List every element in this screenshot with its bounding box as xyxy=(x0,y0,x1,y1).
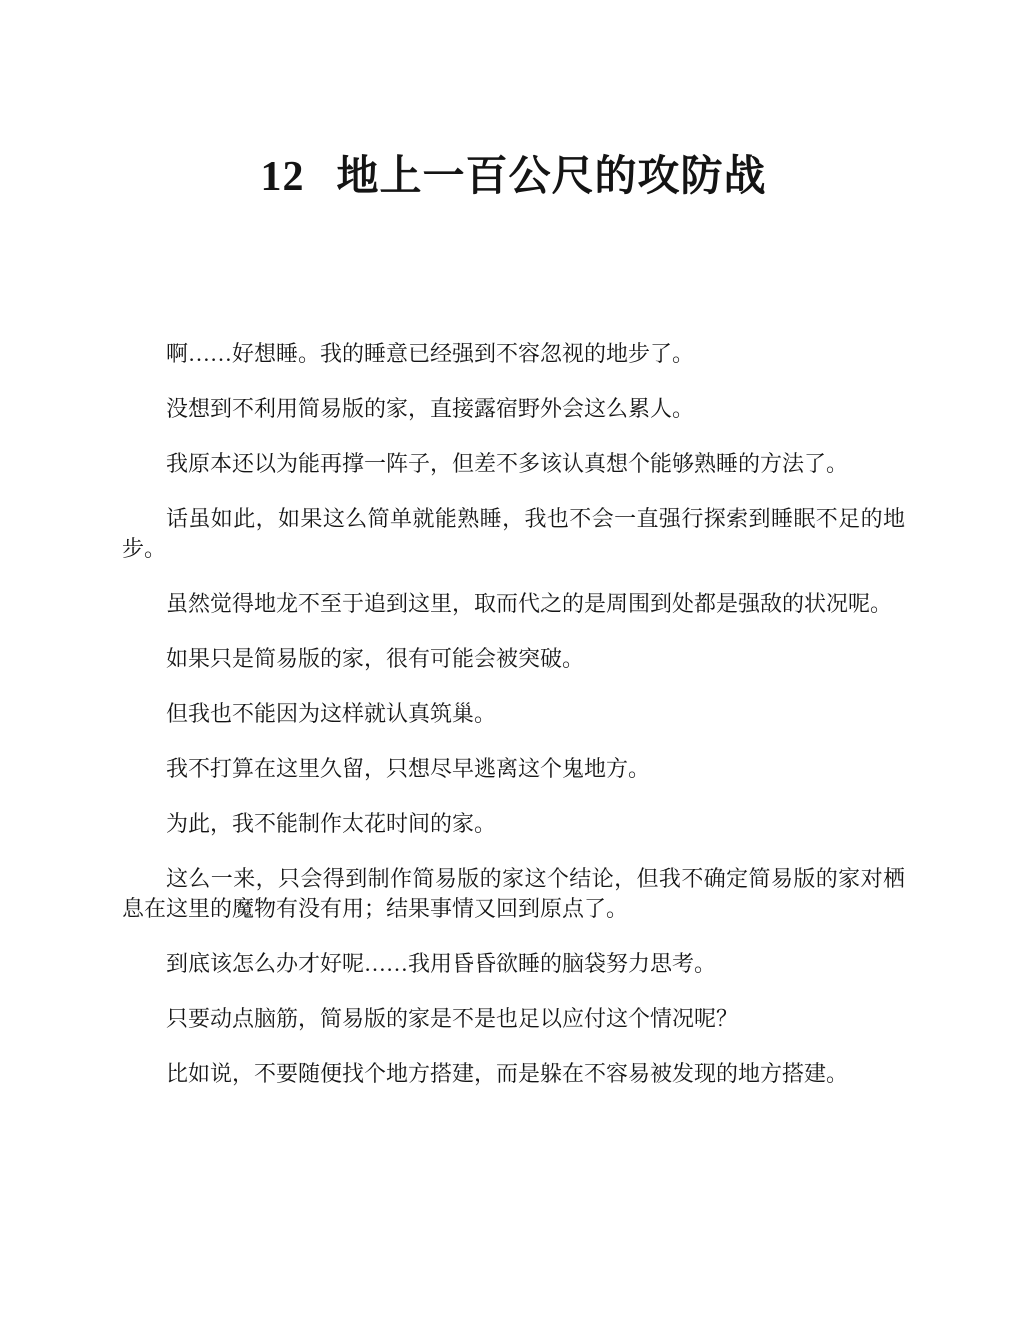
paragraph: 话虽如此，如果这么简单就能熟睡，我也不会一直强行探索到睡眠不足的地步。 xyxy=(122,504,905,564)
chapter-name: 地上一百公尺的攻防战 xyxy=(336,154,766,200)
paragraph: 为此，我不能制作太花时间的家。 xyxy=(122,809,905,839)
paragraph: 我原本还以为能再撑一阵子，但差不多该认真想个能够熟睡的方法了。 xyxy=(122,449,905,479)
paragraph: 虽然觉得地龙不至于追到这里，取而代之的是周围到处都是强敌的状况呢。 xyxy=(122,589,905,619)
paragraph: 我不打算在这里久留，只想尽早逃离这个鬼地方。 xyxy=(122,754,905,784)
paragraph: 但我也不能因为这样就认真筑巢。 xyxy=(122,699,905,729)
paragraph: 没想到不利用简易版的家，直接露宿野外会这么累人。 xyxy=(122,394,905,424)
paragraph: 啊……好想睡。我的睡意已经强到不容忽视的地步了。 xyxy=(122,339,905,369)
chapter-number: 12 xyxy=(260,154,304,200)
document-page: 12地上一百公尺的攻防战 啊……好想睡。我的睡意已经强到不容忽视的地步了。没想到… xyxy=(0,0,1020,1320)
chapter-body: 啊……好想睡。我的睡意已经强到不容忽视的地步了。没想到不利用简易版的家，直接露宿… xyxy=(122,339,905,1089)
paragraph: 这么一来，只会得到制作简易版的家这个结论，但我不确定简易版的家对栖息在这里的魔物… xyxy=(122,864,905,924)
paragraph: 如果只是简易版的家，很有可能会被突破。 xyxy=(122,644,905,674)
paragraph: 比如说，不要随便找个地方搭建，而是躲在不容易被发现的地方搭建。 xyxy=(122,1059,905,1089)
paragraph: 到底该怎么办才好呢……我用昏昏欲睡的脑袋努力思考。 xyxy=(122,949,905,979)
paragraph: 只要动点脑筋，简易版的家是不是也足以应付这个情况呢？ xyxy=(122,1004,905,1034)
chapter-title: 12地上一百公尺的攻防战 xyxy=(122,152,905,202)
